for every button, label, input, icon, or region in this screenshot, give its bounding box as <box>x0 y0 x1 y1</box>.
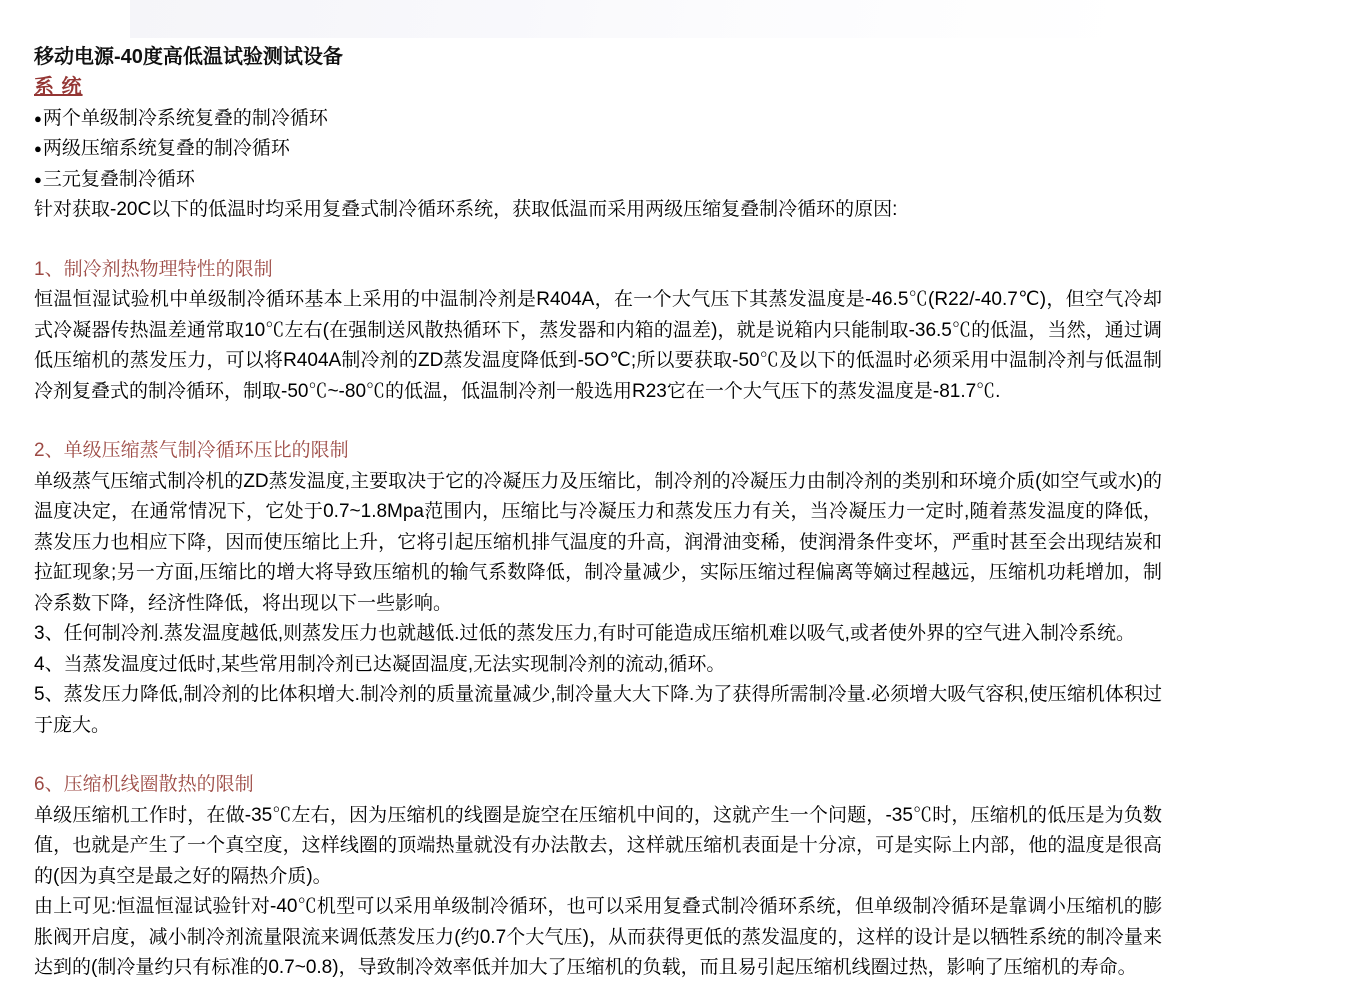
paragraph: 单级压缩机工作时，在做-35℃左右，因为压缩机的线圈是旋空在压缩机中间的，这就产… <box>34 801 1162 893</box>
section-refrigerant-limit: 1、制冷剂热物理特性的限制 恒温恒湿试验机中单级制冷循环基本上采用的中温制冷剂是… <box>34 255 1162 408</box>
section-heading: 1、制冷剂热物理特性的限制 <box>34 255 1162 286</box>
bullet-item-label: 两级压缩系统复叠的制冷循环 <box>43 138 290 159</box>
paragraph: 3、任何制冷剂.蒸发温度越低,则蒸发压力也就越低.过低的蒸发压力,有时可能造成压… <box>34 619 1162 650</box>
page-title: 移动电源-40度高低温试验测试设备 <box>34 42 1162 72</box>
bullet-item-label: 两个单级制冷系统复叠的制冷循环 <box>43 108 328 129</box>
bullet-item: ●三元复叠制冷循环 <box>34 165 1162 196</box>
bullet-item-label: 三元复叠制冷循环 <box>43 169 195 190</box>
bullet-item: ●两个单级制冷系统复叠的制冷循环 <box>34 104 1162 135</box>
section-heading: 6、压缩机线圈散热的限制 <box>34 770 1162 801</box>
document-page: 移动电源-40度高低温试验测试设备 系 统 ●两个单级制冷系统复叠的制冷循环 ●… <box>0 0 1364 990</box>
paragraph: 5、蒸发压力降低,制冷剂的比体积增大.制冷剂的质量流量减少,制冷量大大下降.为了… <box>34 680 1162 741</box>
paragraph: 由上可见:恒温恒湿试验针对-40℃机型可以采用单级制冷循环，也可以采用复叠式制冷… <box>34 892 1162 984</box>
section-pressure-ratio-limit: 2、单级压缩蒸气制冷循环压比的限制 单级蒸气压缩式制冷机的ZD蒸发温度,主要取决… <box>34 436 1162 741</box>
bullet-icon: ● <box>34 172 42 187</box>
paragraph: 4、当蒸发温度过低时,某些常用制冷剂已达凝固温度,无法实现制冷剂的流动,循环。 <box>34 650 1162 681</box>
paragraph: 单级蒸气压缩式制冷机的ZD蒸发温度,主要取决于它的冷凝压力及压缩比，制冷剂的冷凝… <box>34 467 1162 620</box>
document-body: 移动电源-40度高低温试验测试设备 系 统 ●两个单级制冷系统复叠的制冷循环 ●… <box>0 0 1162 984</box>
paragraph: 恒温恒湿试验机中单级制冷循环基本上采用的中温制冷剂是R404A，在一个大气压下其… <box>34 285 1162 407</box>
section-heading: 2、单级压缩蒸气制冷循环压比的限制 <box>34 436 1162 467</box>
system-section-link[interactable]: 系 统 <box>34 72 83 102</box>
bullet-icon: ● <box>34 111 42 126</box>
bullet-item: ●两级压缩系统复叠的制冷循环 <box>34 134 1162 165</box>
intro-paragraph: 针对获取-20C以下的低温时均采用复叠式制冷循环系统，获取低温而采用两级压缩复叠… <box>34 195 1162 226</box>
bullet-icon: ● <box>34 141 42 156</box>
section-coil-heat-limit: 6、压缩机线圈散热的限制 单级压缩机工作时，在做-35℃左右，因为压缩机的线圈是… <box>34 770 1162 984</box>
